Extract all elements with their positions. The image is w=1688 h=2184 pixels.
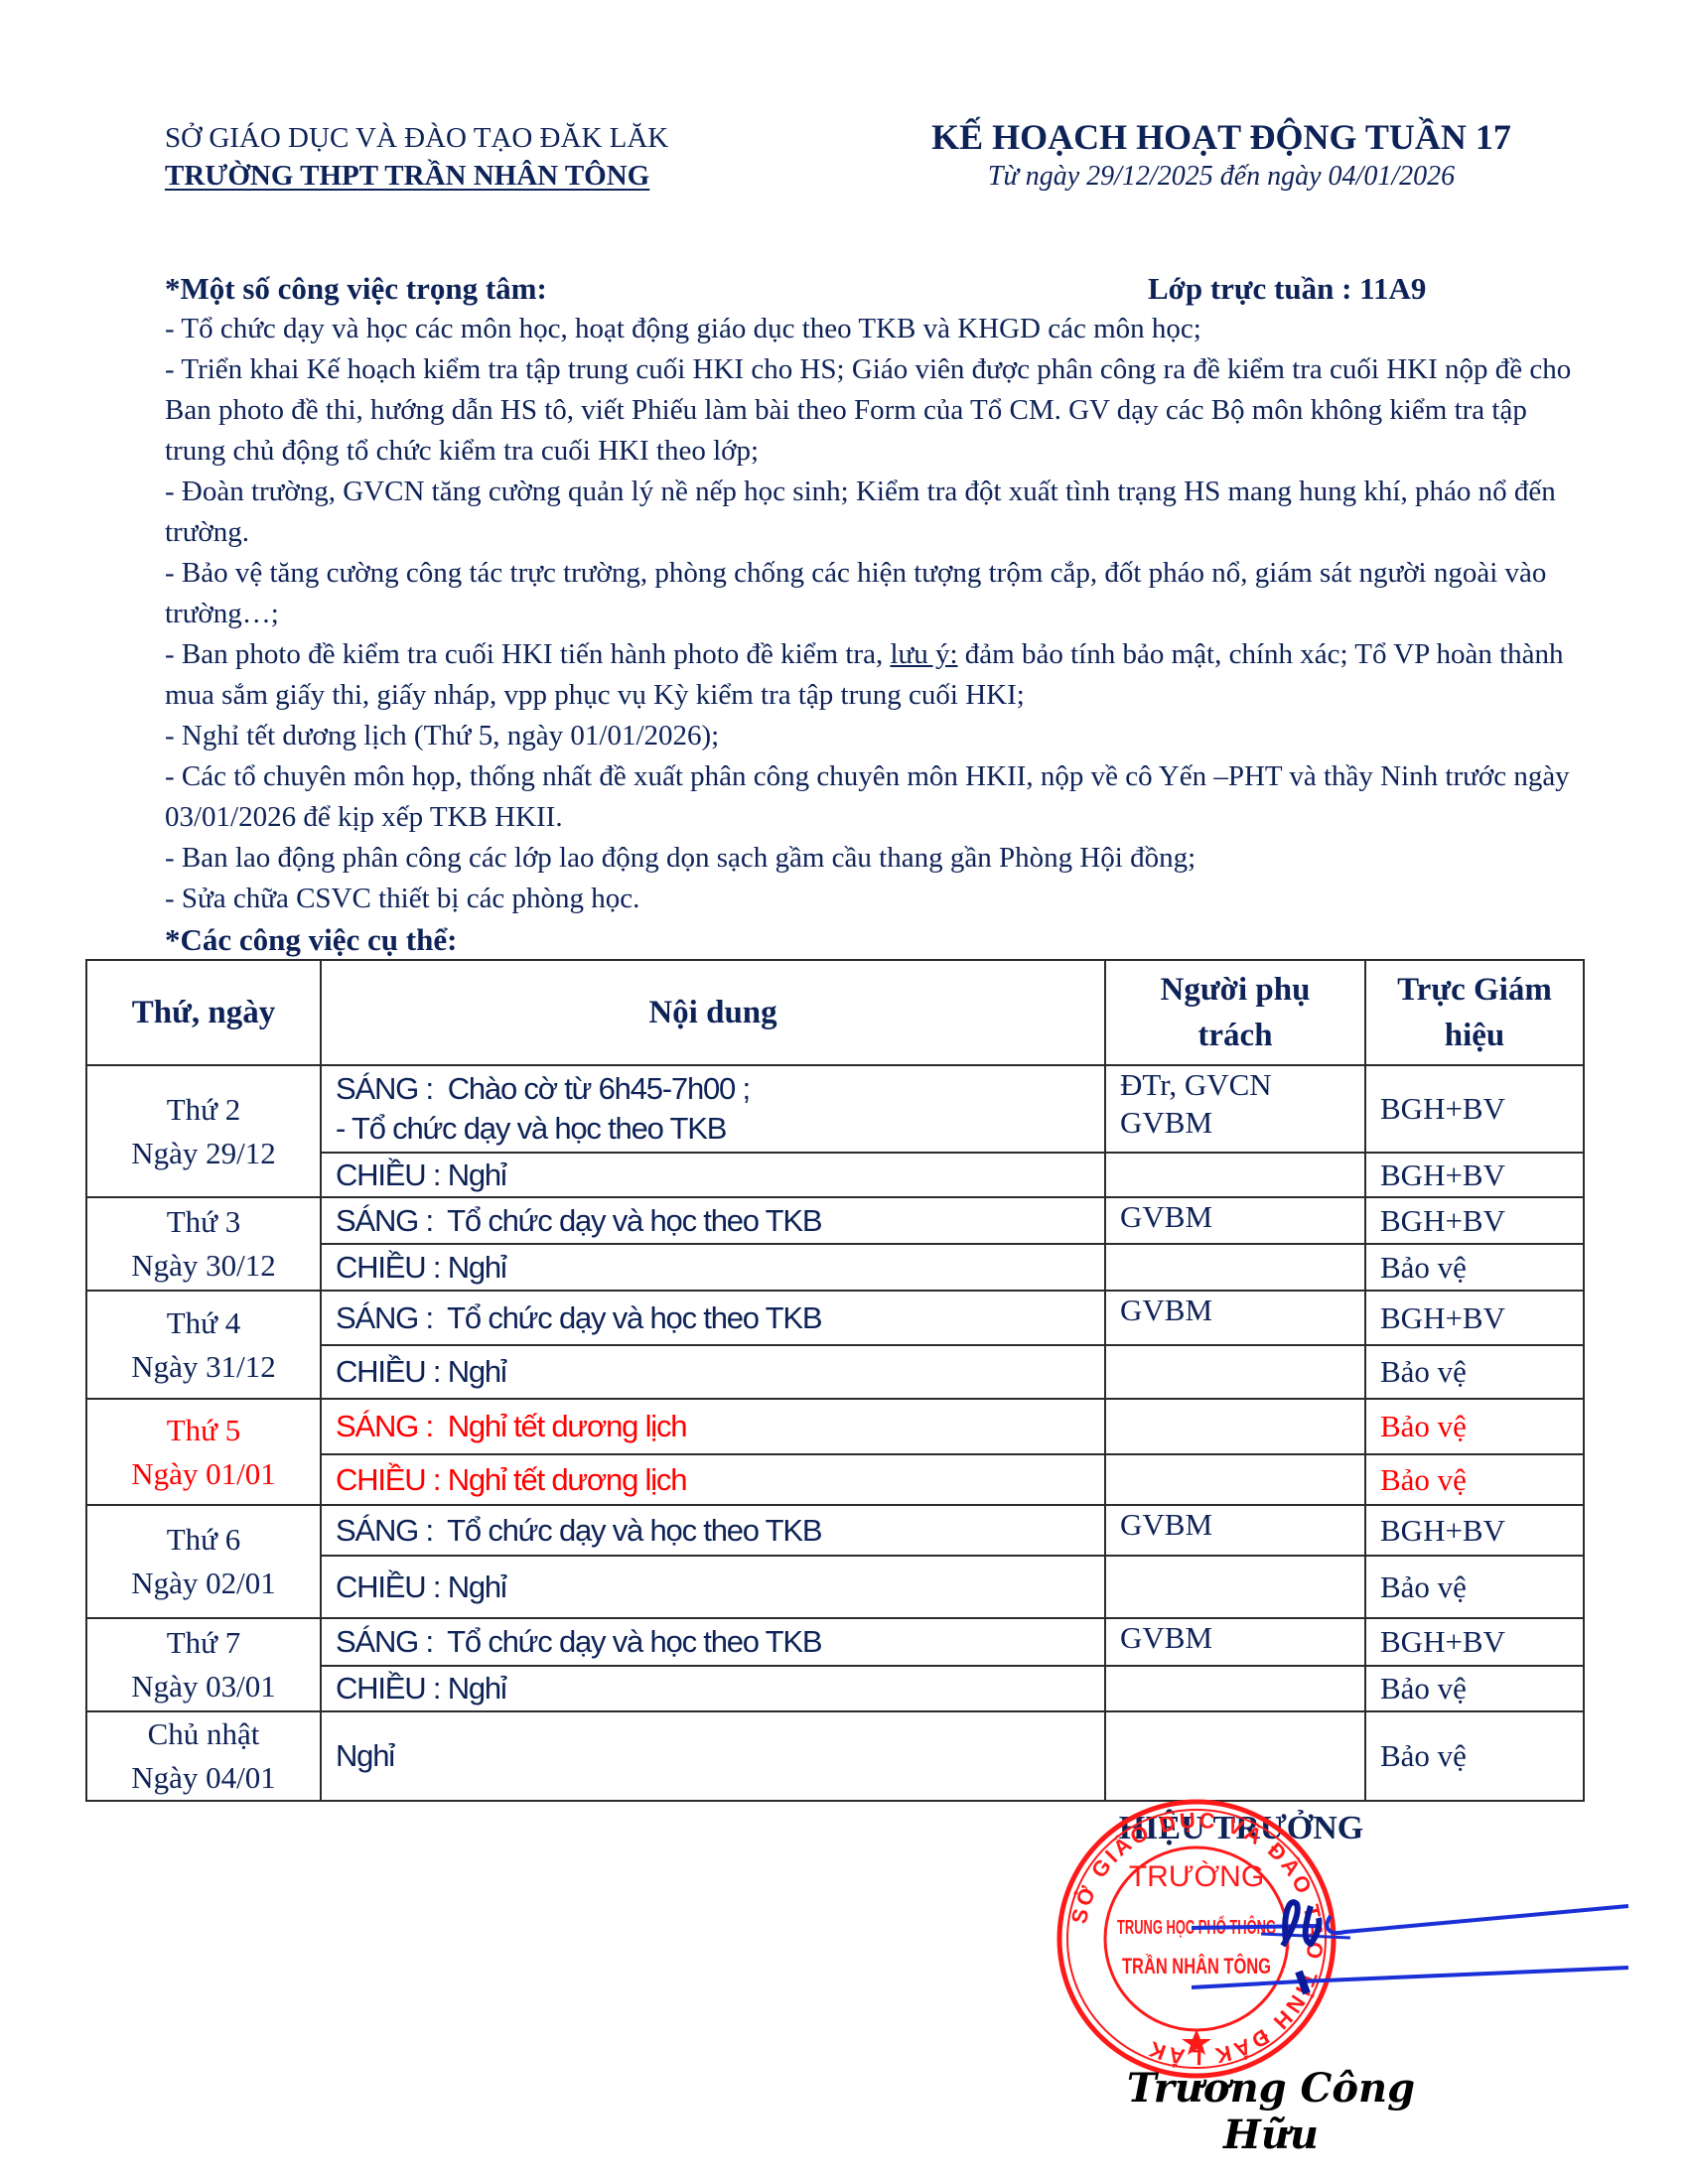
day-cell: Thứ 7Ngày 03/01 — [86, 1618, 321, 1711]
col-header-day: Thứ, ngày — [86, 960, 321, 1065]
focus-item: - Nghỉ tết dương lịch (Thứ 5, ngày 01/01… — [165, 716, 1575, 756]
person-text: GVBM — [1120, 1506, 1350, 1544]
content-text: - Tổ chức dạy và học theo TKB — [336, 1109, 1090, 1149]
focus-item: - Triển khai Kế hoạch kiểm tra tập trung… — [165, 349, 1575, 472]
day-date: Ngày 01/01 — [101, 1452, 306, 1496]
table-row: Chủ nhậtNgày 04/01NghỉBảo vệ — [86, 1711, 1584, 1801]
focus-item: - Bảo vệ tăng cường công tác trực trường… — [165, 553, 1575, 634]
content-text: CHIỀU : Nghỉ — [336, 1568, 1090, 1607]
schedule-table: Thứ, ngày Nội dung Người phụ trách Trực … — [85, 959, 1585, 1802]
duty-cell: BGH+BV — [1365, 1618, 1584, 1666]
content-text: SÁNG : Chào cờ từ 6h45-7h00 ; — [336, 1069, 1090, 1109]
schedule-body: Thứ 2Ngày 29/12SÁNG : Chào cờ từ 6h45-7h… — [86, 1065, 1584, 1801]
duty-cell: BGH+BV — [1365, 1291, 1584, 1345]
focus-item: - Sửa chữa CSVC thiết bị các phòng học. — [165, 879, 1575, 919]
col-header-content: Nội dung — [321, 960, 1105, 1065]
person-text: GVBM — [1120, 1619, 1350, 1657]
day-cell: Thứ 5Ngày 01/01 — [86, 1399, 321, 1505]
person-cell: GVBM — [1105, 1618, 1365, 1666]
focus-item: - Ban lao động phân công các lớp lao độn… — [165, 838, 1575, 879]
duty-cell: BGH+BV — [1365, 1153, 1584, 1197]
content-text: SÁNG : Tổ chức dạy và học theo TKB — [336, 1298, 1090, 1338]
content-text: CHIỀU : Nghỉ — [336, 1669, 1090, 1708]
content-cell: SÁNG : Nghỉ tết dương lịch — [321, 1399, 1105, 1454]
day-cell: Thứ 2Ngày 29/12 — [86, 1065, 321, 1197]
day-cell: Thứ 3Ngày 30/12 — [86, 1197, 321, 1291]
focus-item-text: - Ban photo đề kiểm tra cuối HKI tiến hà… — [165, 638, 890, 670]
content-text: SÁNG : Nghỉ tết dương lịch — [336, 1407, 1090, 1446]
person-cell — [1105, 1666, 1365, 1711]
content-cell: CHIỀU : Nghỉ — [321, 1153, 1105, 1197]
page-title: KẾ HOẠCH HOẠT ĐỘNG TUẦN 17 — [874, 115, 1569, 159]
person-cell: ĐTr, GVCNGVBM — [1105, 1065, 1365, 1153]
table-header-row: Thứ, ngày Nội dung Người phụ trách Trực … — [86, 960, 1584, 1065]
table-row: Thứ 6Ngày 02/01SÁNG : Tổ chức dạy và học… — [86, 1505, 1584, 1556]
content-cell: SÁNG : Tổ chức dạy và học theo TKB — [321, 1618, 1105, 1666]
duty-cell: BGH+BV — [1365, 1505, 1584, 1556]
day-date: Ngày 29/12 — [101, 1132, 306, 1175]
person-text: GVBM — [1120, 1292, 1350, 1329]
content-text: CHIỀU : Nghỉ — [336, 1352, 1090, 1392]
focus-item: - Đoàn trường, GVCN tăng cường quản lý n… — [165, 472, 1575, 553]
day-cell: Thứ 4Ngày 31/12 — [86, 1291, 321, 1399]
focus-section: *Một số công việc trọng tâm: Lớp trực tu… — [165, 268, 1575, 960]
table-row: Thứ 4Ngày 31/12SÁNG : Tổ chức dạy và học… — [86, 1291, 1584, 1345]
duty-cell: Bảo vệ — [1365, 1345, 1584, 1399]
table-row: Thứ 7Ngày 03/01SÁNG : Tổ chức dạy và học… — [86, 1618, 1584, 1666]
content-cell: SÁNG : Tổ chức dạy và học theo TKB — [321, 1291, 1105, 1345]
note-label: lưu ý: — [890, 638, 957, 670]
person-text: ĐTr, GVCN — [1120, 1066, 1350, 1104]
duty-cell: Bảo vệ — [1365, 1244, 1584, 1291]
content-cell: SÁNG : Tổ chức dạy và học theo TKB — [321, 1505, 1105, 1556]
day-date: Ngày 31/12 — [101, 1345, 306, 1389]
col-header-person: Người phụ trách — [1105, 960, 1365, 1065]
table-row: Thứ 3Ngày 30/12SÁNG : Tổ chức dạy và học… — [86, 1197, 1584, 1244]
content-cell: CHIỀU : Nghỉ — [321, 1244, 1105, 1291]
duty-class: Lớp trực tuần : 11A9 — [1148, 268, 1426, 309]
content-text: SÁNG : Tổ chức dạy và học theo TKB — [336, 1511, 1090, 1551]
day-date: Ngày 03/01 — [101, 1665, 306, 1708]
col-header-duty: Trực Giám hiệu — [1365, 960, 1584, 1065]
duty-cell: BGH+BV — [1365, 1197, 1584, 1244]
content-text: CHIỀU : Nghỉ tết dương lịch — [336, 1460, 1090, 1500]
person-cell — [1105, 1711, 1365, 1801]
duty-cell: BGH+BV — [1365, 1065, 1584, 1153]
person-cell: GVBM — [1105, 1197, 1365, 1244]
date-range: Từ ngày 29/12/2025 đến ngày 04/01/2026 — [874, 159, 1569, 195]
person-cell — [1105, 1153, 1365, 1197]
day-date: Ngày 02/01 — [101, 1562, 306, 1605]
day-name: Chủ nhật — [101, 1712, 306, 1756]
content-cell: CHIỀU : Nghỉ — [321, 1345, 1105, 1399]
person-cell — [1105, 1399, 1365, 1454]
day-name: Thứ 2 — [101, 1088, 306, 1132]
content-text: SÁNG : Tổ chức dạy và học theo TKB — [336, 1201, 1090, 1241]
content-text: CHIỀU : Nghỉ — [336, 1248, 1090, 1288]
day-name: Thứ 7 — [101, 1621, 306, 1665]
day-cell: Chủ nhậtNgày 04/01 — [86, 1711, 321, 1801]
table-row: Thứ 2Ngày 29/12SÁNG : Chào cờ từ 6h45-7h… — [86, 1065, 1584, 1153]
title-block: KẾ HOẠCH HOẠT ĐỘNG TUẦN 17 Từ ngày 29/12… — [874, 115, 1569, 195]
content-cell: SÁNG : Tổ chức dạy và học theo TKB — [321, 1197, 1105, 1244]
signature-scribble-icon — [1172, 1886, 1638, 1995]
person-cell — [1105, 1345, 1365, 1399]
content-cell: CHIỀU : Nghỉ — [321, 1666, 1105, 1711]
person-text: GVBM — [1120, 1104, 1350, 1142]
person-cell — [1105, 1556, 1365, 1618]
issuer-block: SỞ GIÁO DỤC VÀ ĐÀO TẠO ĐĂK LĂK TRƯỜNG TH… — [165, 119, 761, 195]
person-text: GVBM — [1120, 1198, 1350, 1236]
day-name: Thứ 6 — [101, 1518, 306, 1562]
content-cell: SÁNG : Chào cờ từ 6h45-7h00 ;- Tổ chức d… — [321, 1065, 1105, 1153]
duty-cell: Bảo vệ — [1365, 1666, 1584, 1711]
duty-cell: Bảo vệ — [1365, 1454, 1584, 1505]
school-name: TRƯỜNG THPT TRẦN NHÂN TÔNG — [165, 157, 761, 195]
duty-cell: Bảo vệ — [1365, 1556, 1584, 1618]
content-text: Nghỉ — [336, 1736, 1090, 1776]
content-cell: CHIỀU : Nghỉ — [321, 1556, 1105, 1618]
day-cell: Thứ 6Ngày 02/01 — [86, 1505, 321, 1618]
content-text: SÁNG : Tổ chức dạy và học theo TKB — [336, 1622, 1090, 1662]
department-name: SỞ GIÁO DỤC VÀ ĐÀO TẠO ĐĂK LĂK — [165, 119, 761, 157]
day-date: Ngày 30/12 — [101, 1244, 306, 1288]
signer-name: Trương Công Hữu — [1092, 2065, 1450, 2158]
content-cell: CHIỀU : Nghỉ tết dương lịch — [321, 1454, 1105, 1505]
person-cell: GVBM — [1105, 1291, 1365, 1345]
focus-item: - Tổ chức dạy và học các môn học, hoạt đ… — [165, 309, 1575, 349]
person-cell — [1105, 1454, 1365, 1505]
focus-item: - Các tổ chuyên môn họp, thống nhất đề x… — [165, 756, 1575, 838]
duty-cell: Bảo vệ — [1365, 1399, 1584, 1454]
content-cell: Nghỉ — [321, 1711, 1105, 1801]
content-text: CHIỀU : Nghỉ — [336, 1156, 1090, 1195]
specific-title: *Các công việc cụ thể: — [165, 919, 1575, 960]
person-cell — [1105, 1244, 1365, 1291]
day-name: Thứ 5 — [101, 1409, 306, 1452]
person-cell: GVBM — [1105, 1505, 1365, 1556]
focus-item: - Ban photo đề kiểm tra cuối HKI tiến hà… — [165, 634, 1575, 716]
day-name: Thứ 3 — [101, 1200, 306, 1244]
duty-cell: Bảo vệ — [1365, 1711, 1584, 1801]
day-name: Thứ 4 — [101, 1301, 306, 1345]
day-date: Ngày 04/01 — [101, 1756, 306, 1800]
table-row: Thứ 5Ngày 01/01SÁNG : Nghỉ tết dương lịc… — [86, 1399, 1584, 1454]
